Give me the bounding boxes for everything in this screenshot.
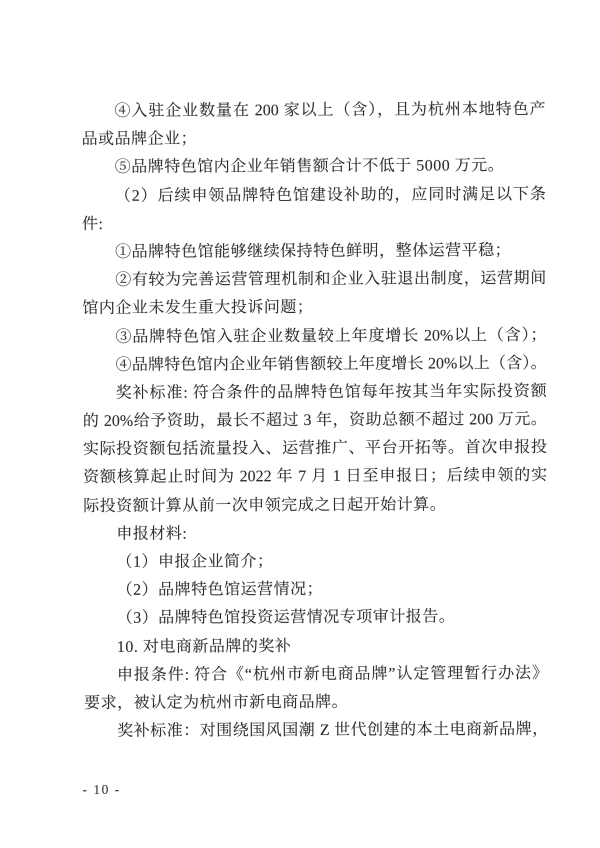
text-line: 10. 对电商新品牌的奖补 xyxy=(84,632,548,662)
document-text: ④入驻企业数量在 200 家以上（含），且为杭州本地特色产品或品牌企业；⑤品牌特… xyxy=(81,96,548,746)
document-page: ④入驻企业数量在 200 家以上（含），且为杭州本地特色产品或品牌企业；⑤品牌特… xyxy=(0,0,600,848)
text-line: 奖补标准: 符合条件的品牌特色馆每年按其当年实际投资额 xyxy=(83,378,547,408)
text-line: 馆内企业未发生重大投诉问题； xyxy=(82,293,546,323)
text-line: 的 20%给予资助，最长不超过 3 年，资助总额不超过 200 万元。 xyxy=(83,406,547,436)
page-number: - 10 - xyxy=(82,782,120,798)
text-line: 要求，被认定为杭州市新电商品牌。 xyxy=(84,688,548,718)
text-line: （1）申报企业简介； xyxy=(83,547,547,577)
text-line: 奖补标准：对围绕国风国潮 Z 世代创建的本土电商新品牌， xyxy=(84,716,548,746)
text-line: ③品牌特色馆入驻企业数量较上年度增长 20%以上（含）； xyxy=(82,321,546,351)
text-line: 申报材料: xyxy=(83,519,547,549)
text-line: 申报条件: 符合《“杭州市新电商品牌”认定管理暂行办法》 xyxy=(84,660,548,690)
text-line: 资额核算起止时间为 2022 年 7 月 1 日至申报日；后续申领的实 xyxy=(83,462,547,492)
text-line: 实际投资额包括流量投入、运营推广、平台开拓等。首次申报投 xyxy=(83,434,547,464)
text-line: （2）品牌特色馆运营情况； xyxy=(84,575,548,605)
text-line: （3）品牌特色馆投资运营情况专项审计报告。 xyxy=(84,603,548,633)
text-line: ④入驻企业数量在 200 家以上（含），且为杭州本地特色产 xyxy=(81,96,545,126)
text-line: ②有较为完善运营管理机制和企业入驻退出制度，运营期间 xyxy=(82,265,546,295)
text-line: ④品牌特色馆内企业年销售额较上年度增长 20%以上（含）。 xyxy=(83,350,547,380)
text-line: ⑤品牌特色馆内企业年销售额合计不低于 5000 万元。 xyxy=(82,152,546,182)
text-line: ①品牌特色馆能够继续保持特色鲜明，整体运营平稳； xyxy=(82,237,546,267)
scanned-text-block: ④入驻企业数量在 200 家以上（含），且为杭州本地特色产品或品牌企业；⑤品牌特… xyxy=(81,96,548,818)
text-line: （2）后续申领品牌特色馆建设补助的，应同时满足以下条 xyxy=(82,181,546,211)
text-line: 品或品牌企业； xyxy=(82,124,546,154)
text-line: 件: xyxy=(82,209,546,239)
text-line: 际投资额计算从前一次申领完成之日起开始计算。 xyxy=(83,491,547,521)
